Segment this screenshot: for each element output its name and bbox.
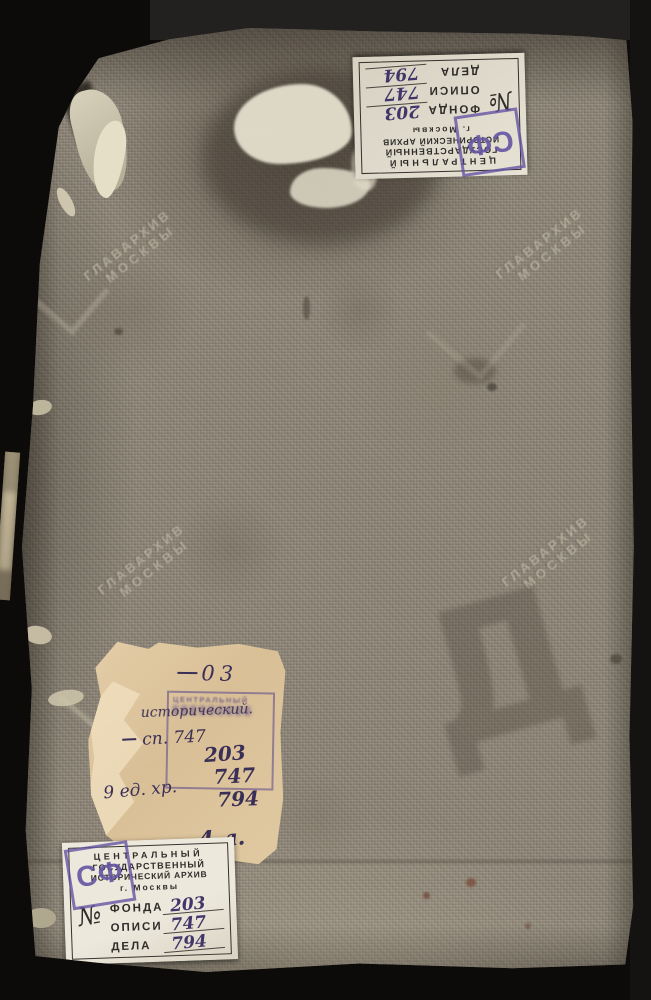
rust-spot <box>466 878 476 887</box>
handwritten-top-number: 03 <box>177 661 238 686</box>
photo-scene: ГЛАВАРХИВ МОСКВЫ ГЛАВАРХИВ МОСКВЫ ГЛАВАР… <box>0 0 651 1000</box>
rust-spot <box>423 892 430 899</box>
opis-label: ОПИСИ <box>427 83 479 96</box>
delo-row: ДЕЛА 794 <box>111 931 225 954</box>
handwritten-number: 747 <box>213 763 256 789</box>
opis-row: ОПИСИ 747 <box>110 912 224 935</box>
stain-spot <box>610 654 622 664</box>
opis-label: ОПИСИ <box>110 921 162 935</box>
book-cover: ГЛАВАРХИВ МОСКВЫ ГЛАВАРХИВ МОСКВЫ ГЛАВАР… <box>22 28 635 972</box>
delo-label: ДЕЛА <box>111 940 163 954</box>
old-torn-label: 03 ЦЕНТРАЛЬНЫЙ исторический. сп. 747 203… <box>86 641 286 864</box>
archive-label-top-upside-down: ЦЕНТРАЛЬНЫЙ ГОСУДАРСТВЕННЫЙ ИСТОРИЧЕСКИЙ… <box>352 53 527 179</box>
sf-ink-stamp: СФ <box>454 107 526 177</box>
protruding-paper-sliver <box>0 452 20 601</box>
stain-spot <box>487 383 497 391</box>
frayed-edge <box>26 908 56 928</box>
handwritten-number: 794 <box>217 786 260 811</box>
stain-spot <box>114 328 123 335</box>
faded-stroke <box>177 672 197 674</box>
delo-value-handwritten: 794 <box>163 934 225 953</box>
dash-stroke <box>122 738 136 741</box>
delo-value-handwritten: 794 <box>365 63 427 82</box>
delo-label: ДЕЛА <box>427 64 479 77</box>
fond-label: ФОНДА <box>110 902 162 916</box>
background-right-strip <box>630 0 651 1000</box>
sf-ink-stamp: СФ <box>64 840 137 910</box>
archive-label-bottom: ЦЕНТРАЛЬНЫЙ ГОСУДАРСТВЕННЫЙ ИСТОРИЧЕСКИЙ… <box>62 837 238 965</box>
rust-spot <box>525 923 531 929</box>
stain-spot <box>303 296 310 320</box>
